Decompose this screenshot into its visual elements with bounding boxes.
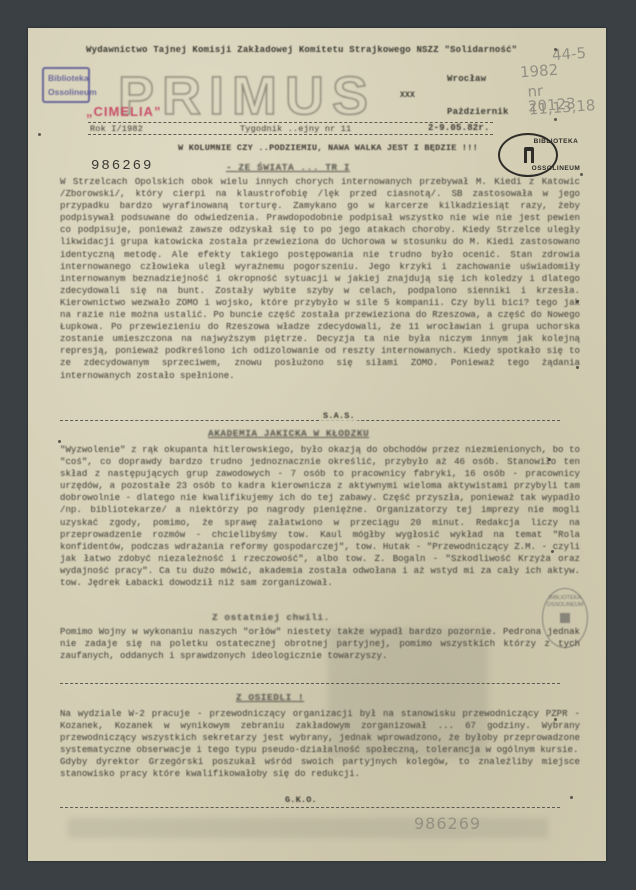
divider <box>60 420 560 421</box>
section-2-heading: AKADEMIA JAKICKA W KŁODZKU <box>208 428 369 439</box>
paper-speck <box>576 300 579 303</box>
paper-speck <box>554 48 557 51</box>
paper-speck <box>551 550 554 553</box>
divider <box>88 134 493 135</box>
section-2-text: "Wyzwolenie" z rąk okupanta hitlerowskie… <box>60 444 580 614</box>
paper-speck <box>548 458 551 461</box>
paper-smudge <box>328 628 488 758</box>
slogan: W KOLUMNIE CZY ..PODZIEMIU, NAWA WALKA J… <box>178 143 478 153</box>
paper-speck <box>38 133 41 136</box>
issue-date: 2-9.05.82r. <box>428 123 490 133</box>
document-page: Wydawnictwo Tajnej Komisji Zakładowej Ko… <box>28 28 606 861</box>
divider <box>60 807 560 808</box>
section-1-signature: S.A.S. <box>320 411 358 421</box>
stamp-top-text: BIBLIOTEKA <box>528 138 584 145</box>
section-1-heading: - ZE ŚWIATA ... TR I <box>226 162 350 173</box>
section-3-text: Pomimo Wojny w wykonaniu naszych "orłów"… <box>60 626 580 676</box>
stamp-emblem-icon <box>560 613 570 623</box>
paper-speck <box>570 796 573 799</box>
stamp-line-2: Ossolineum <box>48 85 84 99</box>
section-4-heading: Z OSIEDLI ! <box>236 692 304 703</box>
pencil-note-4: 20123 <box>527 94 576 115</box>
issue-year: Rok I/1982 <box>90 124 143 134</box>
paper-speck <box>554 718 557 721</box>
accession-number: 986269 <box>91 158 153 174</box>
pencil-note-2: 1982 <box>519 61 558 82</box>
paper-speck <box>580 173 583 176</box>
paper-speck <box>576 366 579 369</box>
paper-smudge <box>68 818 548 838</box>
stamp-emblem-icon <box>524 147 534 163</box>
section-1-text: W Strzelcach Opolskich obok wielu innych… <box>60 176 580 402</box>
masthead-city: Wrocław <box>447 74 486 84</box>
stamp-line-1: Biblioteka <box>48 71 84 85</box>
ossolineum-oval-stamp: BIBLIOTEKA OSSOLINEUM <box>498 133 558 177</box>
issue-number: Tygodnik ..ejny nr 11 <box>240 124 351 134</box>
cimelia-stamp: „CIMELIA” <box>86 104 161 119</box>
masthead-mid: XXX <box>400 91 415 100</box>
paper-speck <box>554 118 557 121</box>
publisher-line: Wydawnictwo Tajnej Komisji Zakładowej Ko… <box>86 45 517 55</box>
paper-speck <box>58 440 61 443</box>
section-4-signature: G.K.O. <box>285 795 317 805</box>
ossolineum-round-stamp: BIBLIOTEKA OSSOLINEUM <box>542 588 588 648</box>
section-3-heading: Z ostatniej chwili. <box>212 612 330 623</box>
masthead-month: Pażdziernik <box>447 107 509 117</box>
stamp-bottom-text: OSSOLINEUM <box>528 165 584 172</box>
library-stamp-rect: Biblioteka Ossolineum <box>42 67 90 103</box>
section-4-text: Na wydziale W-2 pracuje - przewodniczący… <box>60 708 580 794</box>
round-stamp-text: BIBLIOTEKA OSSOLINEUM <box>545 595 585 609</box>
